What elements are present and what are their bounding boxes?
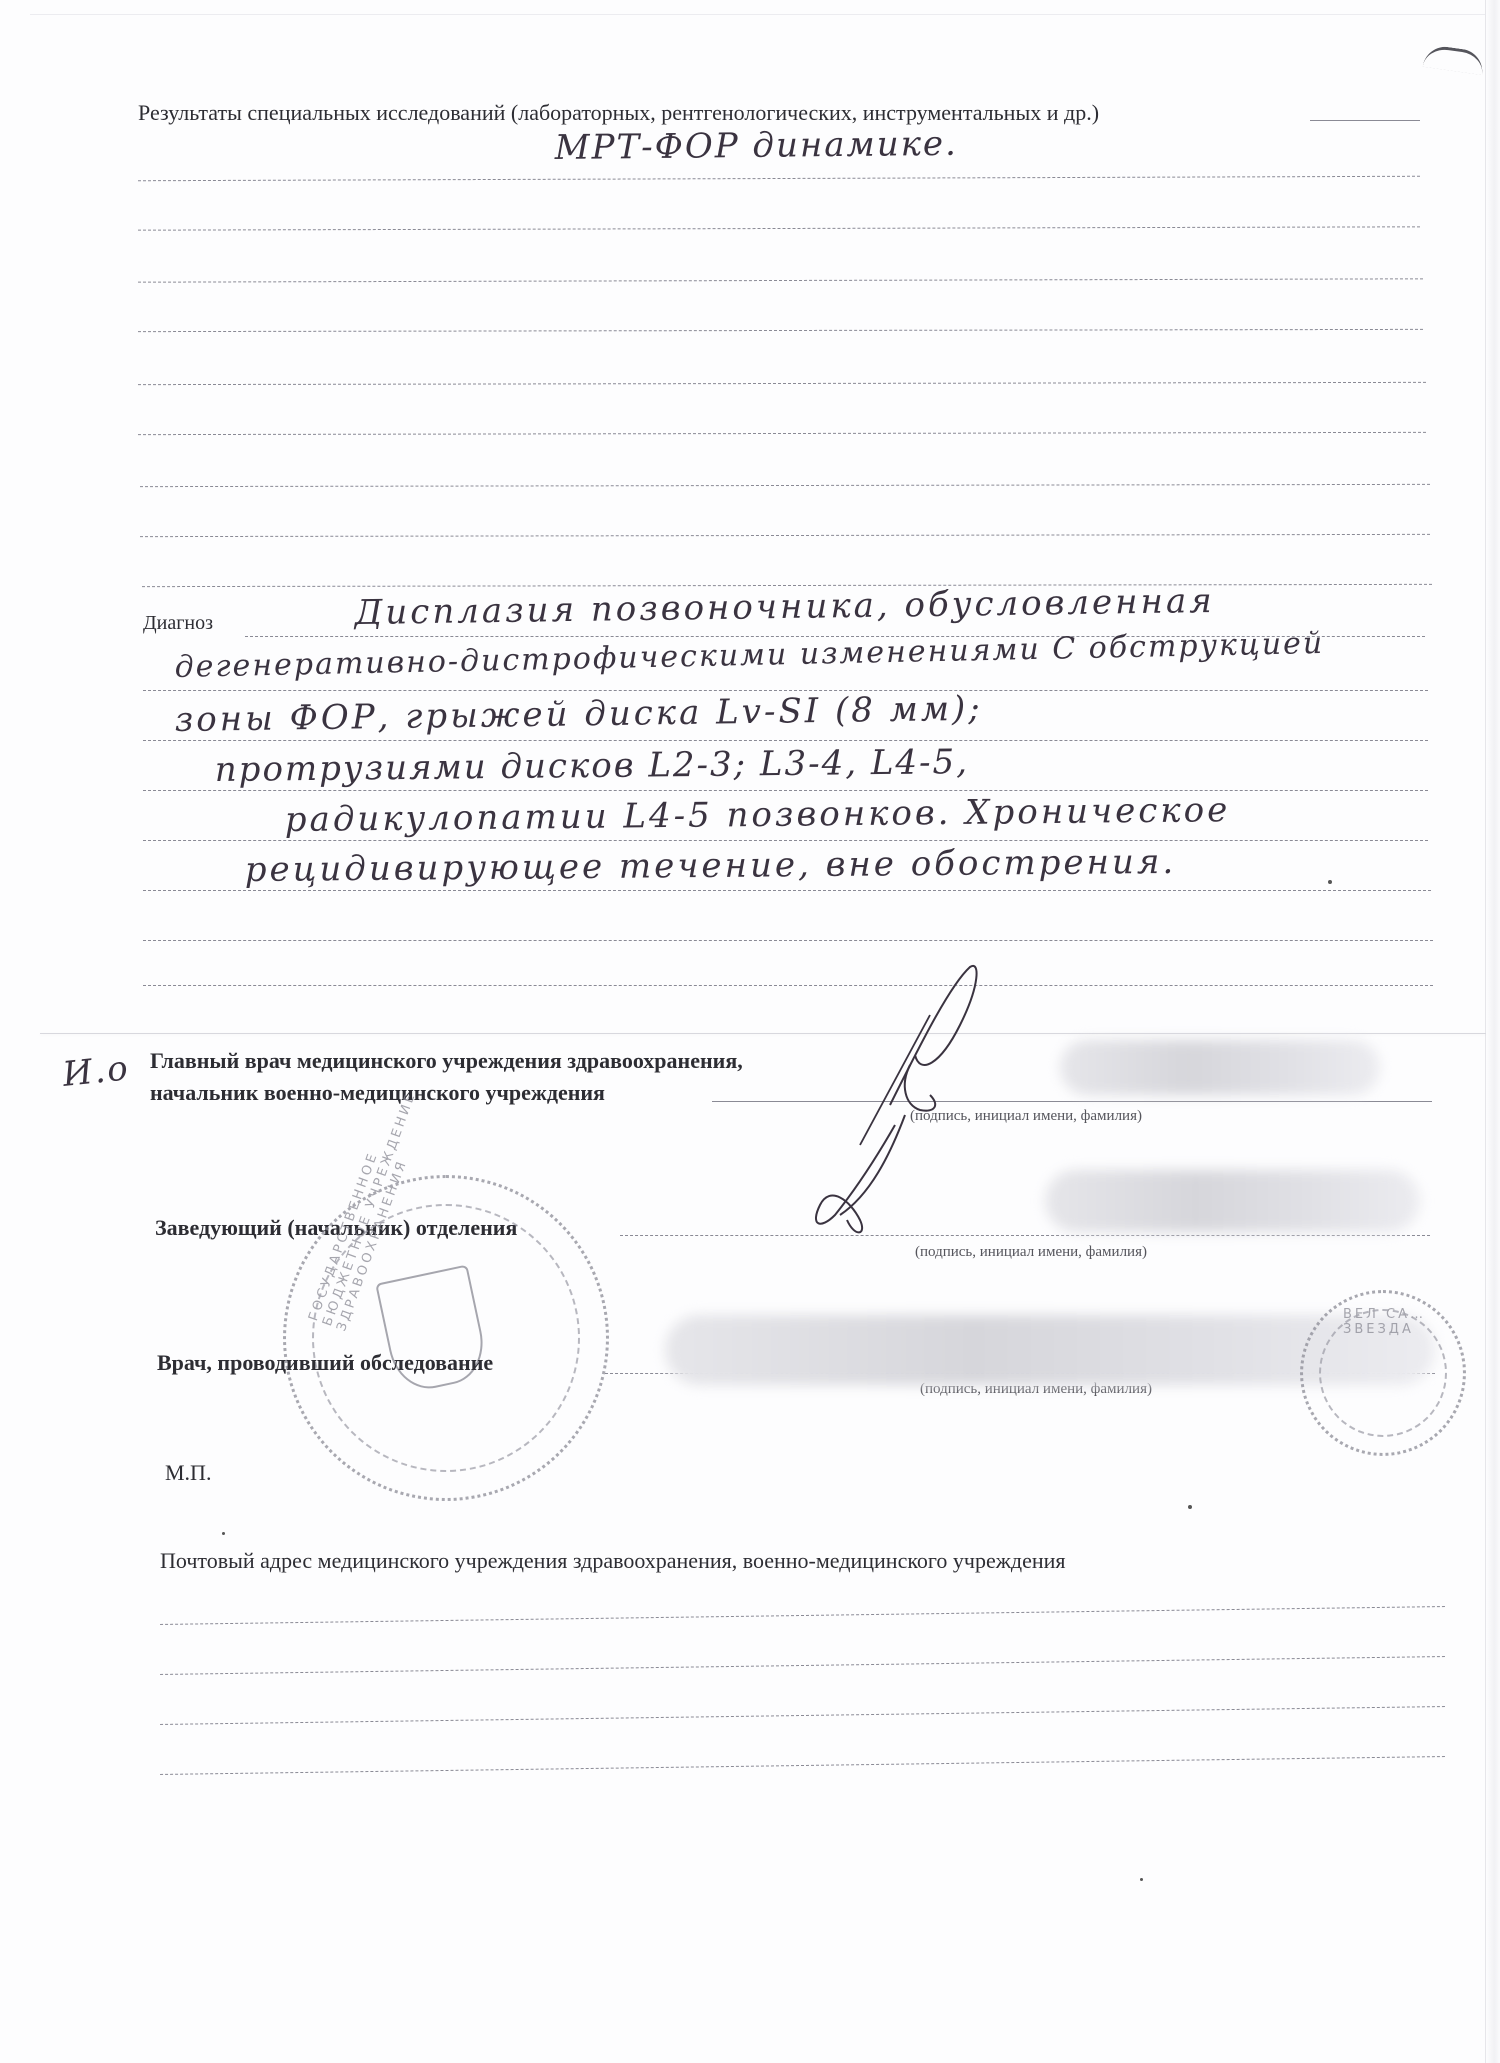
ink-dot [222,1532,225,1535]
diagnosis-line: дегенеративно-дистрофическими изменениям… [174,626,1324,685]
diagnosis-line: зоны ФОР, грыжей диска Lv-SI (8 мм); [174,689,983,740]
ruled-line[interactable] [160,1656,1445,1675]
ruled-line[interactable] [138,382,1426,385]
ink-dot [1328,880,1332,884]
results-label: Результаты специальных исследований (лаб… [138,100,1099,126]
ruled-line[interactable] [143,940,1433,941]
ruled-line[interactable] [160,1706,1445,1725]
department-head-signature-line[interactable] [620,1235,1430,1236]
ruled-line[interactable] [160,1756,1445,1775]
diagnosis-line: протрузиями дисков L2-3; L3-4, L4-5, [215,742,970,790]
postal-address-label: Почтовый адрес медицинского учреждения з… [160,1548,1066,1574]
page-right-edge [1485,0,1500,2063]
ruled-line[interactable] [138,329,1423,332]
ruled-line[interactable] [143,790,1428,791]
ruled-line[interactable] [140,484,1430,487]
ruled-line[interactable] [143,985,1433,986]
diagnosis-line: радикулопатии L4-5 позвонков. Хроническо… [285,790,1231,840]
diagnosis-label: Диагноз [143,612,213,635]
ruled-line[interactable] [143,740,1428,741]
ruled-line[interactable] [138,432,1426,435]
page-top-edge [30,0,1500,15]
corner-pen-mark [1423,44,1486,75]
seal-placeholder-label: М.П. [165,1460,211,1486]
chief-doctor-name-redacted [1060,1040,1380,1095]
ruled-line[interactable] [140,534,1430,537]
ink-dot [1188,1505,1192,1509]
department-head-name-redacted [1045,1170,1420,1232]
diagnosis-line: Дисплазия позвоночника, обусловленная [354,581,1215,633]
acting-prefix: И.о [61,1048,132,1095]
ruled-line[interactable] [143,890,1431,891]
ruled-line[interactable] [143,840,1428,841]
ruled-line[interactable] [160,1606,1445,1625]
institution-seal-left: ГОСУДАРСТВЕННОЕ БЮДЖЕТНОЕ УЧРЕЖДЕНИЕ ЗДР… [283,1175,609,1501]
department-head-signature [805,1120,925,1240]
paper-fold [40,1033,1486,1034]
ink-dot [1140,1878,1143,1881]
examining-doctor-label: Врач, проводивший обследование [157,1350,493,1376]
ruled-line[interactable] [138,176,1420,181]
results-handwritten-value[interactable]: МРТ-ФОР динамике. [555,124,958,168]
diagnosis-line: рецидивирующее течение, вне обострения. [245,842,1177,890]
institution-seal-right: ВЕЛ СА… ЗВЕЗДА [1300,1290,1466,1456]
ruled-line[interactable] [138,278,1423,282]
chief-doctor-label-line2: начальник военно-медицинского учреждения [150,1080,605,1106]
department-head-caption: (подпись, инициал имени, фамилия) [915,1244,1147,1261]
ruled-line[interactable] [138,226,1420,230]
results-label-underline [1310,120,1420,121]
